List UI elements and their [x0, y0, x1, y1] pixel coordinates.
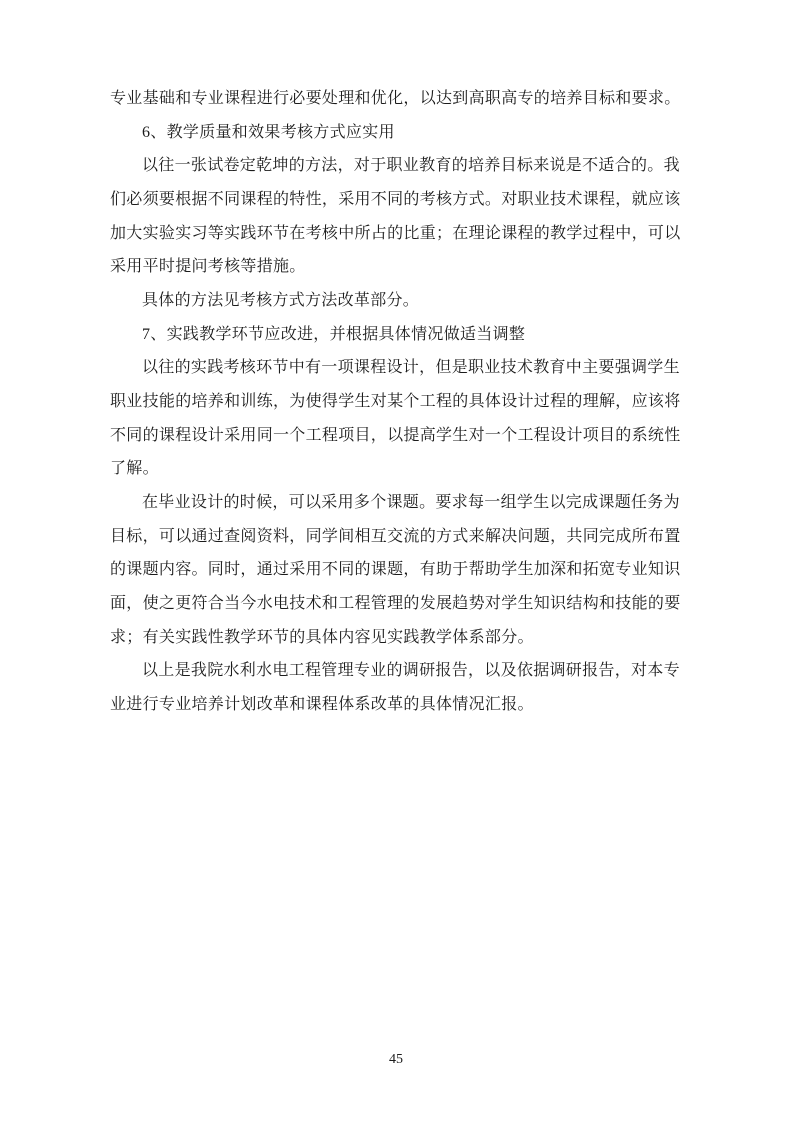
body-text-line: 的课题内容。同时，通过采用不同的课题，有助于帮助学生加深和拓宽专业知识 [110, 553, 676, 587]
body-text-line: 以上是我院水利水电工程管理专业的调研报告，以及依据调研报告，对本专 [110, 654, 676, 688]
body-text-line: 专业基础和专业课程进行必要处理和优化，以达到高职高专的培养目标和要求。 [110, 82, 676, 116]
body-text-line: 们必须要根据不同课程的特性，采用不同的考核方式。对职业技术课程，就应该 [110, 183, 676, 217]
body-text-line: 职业技能的培养和训练，为使得学生对某个工程的具体设计过程的理解，应该将 [110, 385, 676, 419]
page-number: 45 [0, 1050, 792, 1070]
body-text-line: 业进行专业培养计划改革和课程体系改革的具体情况汇报。 [110, 688, 676, 722]
body-text-line: 了解。 [110, 452, 676, 486]
body-text-line: 在毕业设计的时候，可以采用多个课题。要求每一组学生以完成课题任务为 [110, 486, 676, 520]
body-text-line: 以往一张试卷定乾坤的方法，对于职业教育的培养目标来说是不适合的。我 [110, 149, 676, 183]
body-text-line: 面，使之更符合当今水电技术和工程管理的发展趋势对学生知识结构和技能的要 [110, 587, 676, 621]
body-text-line: 以往的实践考核环节中有一项课程设计，但是职业技术教育中主要强调学生 [110, 351, 676, 385]
section-heading: 6、教学质量和效果考核方式应实用 [110, 116, 676, 150]
document-body: 专业基础和专业课程进行必要处理和优化，以达到高职高专的培养目标和要求。 6、教学… [110, 82, 676, 721]
body-text-line: 目标，可以通过查阅资料，同学间相互交流的方式来解决问题，共同完成所布置 [110, 520, 676, 554]
body-text-line: 具体的方法见考核方式方法改革部分。 [110, 284, 676, 318]
body-text-line: 采用平时提问考核等措施。 [110, 250, 676, 284]
section-heading: 7、实践教学环节应改进，并根据具体情况做适当调整 [110, 318, 676, 352]
body-text-line: 加大实验实习等实践环节在考核中所占的比重；在理论课程的教学过程中，可以 [110, 217, 676, 251]
body-text-line: 不同的课程设计采用同一个工程项目，以提高学生对一个工程设计项目的系统性 [110, 419, 676, 453]
document-page: 专业基础和专业课程进行必要处理和优化，以达到高职高专的培养目标和要求。 6、教学… [0, 0, 792, 1122]
body-text-line: 求；有关实践性教学环节的具体内容见实践教学体系部分。 [110, 621, 676, 655]
